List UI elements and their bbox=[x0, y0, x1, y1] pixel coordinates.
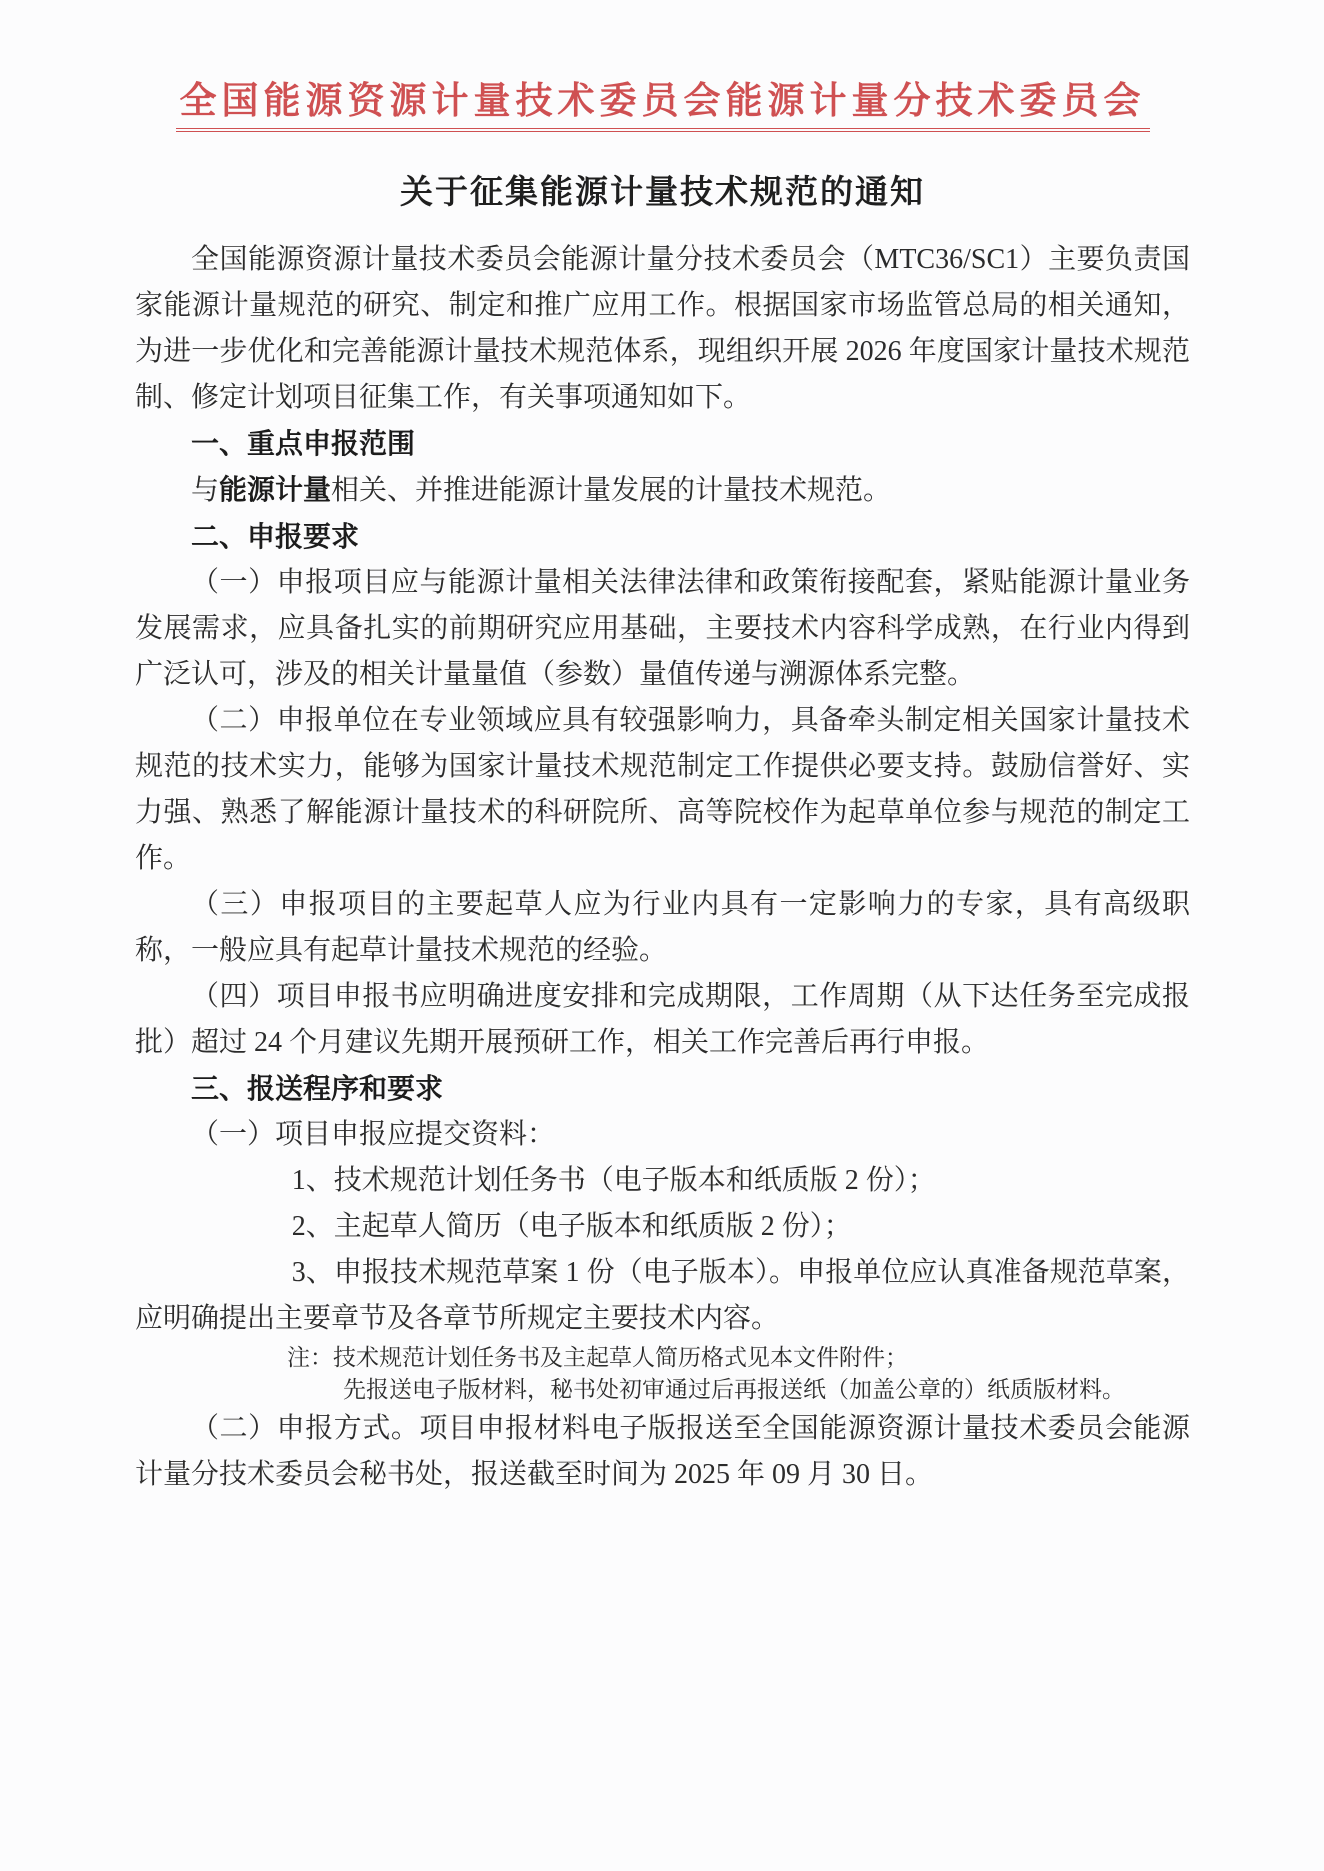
requirement-1-paragraph: （一）申报项目应与能源计量相关法律法律和政策衔接配套，紧贴能源计量业务发展需求，… bbox=[135, 560, 1190, 698]
section1-heading: 一、重点申报范围 bbox=[135, 421, 1190, 467]
document-page: 全国能源资源计量技术委员会能源计量分技术委员会 关于征集能源计量技术规范的通知 … bbox=[0, 0, 1324, 1871]
note-line-2: 先报送电子版材料，秘书处初审通过后再报送纸（加盖公章的）纸质版材料。 bbox=[135, 1374, 1190, 1406]
document-title: 关于征集能源计量技术规范的通知 bbox=[135, 166, 1190, 213]
letterhead-text: 全国能源资源计量技术委员会能源计量分技术委员会 bbox=[176, 82, 1150, 132]
note-line-1: 注：技术规范计划任务书及主起草人简历格式见本文件附件； bbox=[135, 1342, 1190, 1374]
material-item-2: 2、主起草人简历（电子版本和纸质版 2 份）； bbox=[135, 1204, 1190, 1250]
submit-method-paragraph: （二）申报方式。项目申报材料电子版报送至全国能源资源计量技术委员会能源计量分技术… bbox=[135, 1406, 1190, 1498]
submit-materials-intro: （一）项目申报应提交资料： bbox=[135, 1112, 1190, 1158]
committee-letterhead: 全国能源资源计量技术委员会能源计量分技术委员会 bbox=[135, 82, 1190, 132]
material-item-1: 1、技术规范计划任务书（电子版本和纸质版 2 份）； bbox=[135, 1158, 1190, 1204]
scope-bold-term: 能源计量 bbox=[219, 474, 331, 505]
material-item-3: 3、申报技术规范草案 1 份（电子版本）。申报单位应认真准备规范草案，应明确提出… bbox=[135, 1250, 1190, 1342]
requirement-3-paragraph: （三）申报项目的主要起草人应为行业内具有一定影响力的专家，具有高级职称，一般应具… bbox=[135, 882, 1190, 974]
document-body: 全国能源资源计量技术委员会能源计量分技术委员会（MTC36/SC1）主要负责国家… bbox=[135, 237, 1190, 1498]
section3-heading: 三、报送程序和要求 bbox=[135, 1066, 1190, 1112]
intro-paragraph: 全国能源资源计量技术委员会能源计量分技术委员会（MTC36/SC1）主要负责国家… bbox=[135, 237, 1190, 421]
section1-scope-paragraph: 与能源计量相关、并推进能源计量发展的计量技术规范。 bbox=[135, 467, 1190, 514]
scope-prefix: 与 bbox=[191, 475, 219, 506]
requirement-2-paragraph: （二）申报单位在专业领域应具有较强影响力，具备牵头制定相关国家计量技术规范的技术… bbox=[135, 698, 1190, 882]
section2-heading: 二、申报要求 bbox=[135, 514, 1190, 560]
scope-rest: 相关、并推进能源计量发展的计量技术规范。 bbox=[331, 475, 891, 506]
requirement-4-paragraph: （四）项目申报书应明确进度安排和完成期限，工作周期（从下达任务至完成报批）超过 … bbox=[135, 974, 1190, 1066]
